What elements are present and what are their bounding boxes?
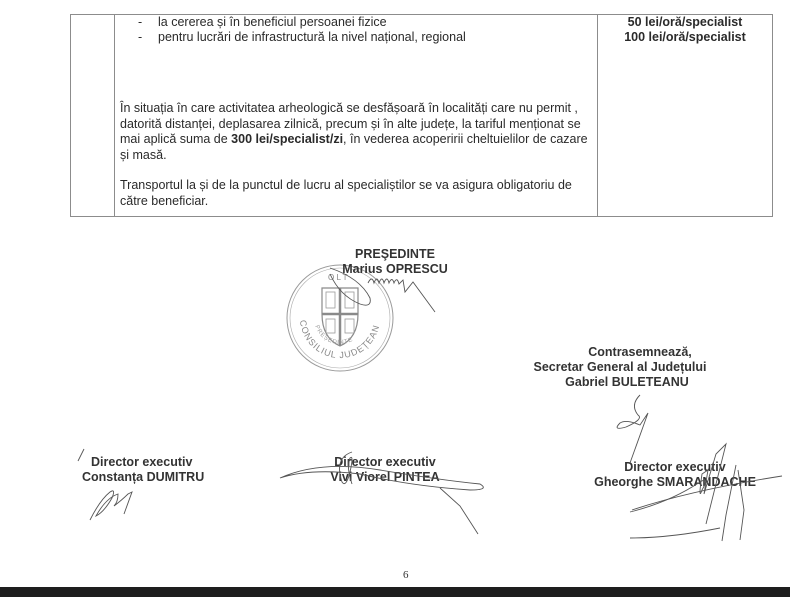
president-title: PREŞEDINTE — [330, 247, 460, 262]
countersign-name: Gabriel BULETEANU — [500, 375, 740, 390]
director-name: Gheorghe SMARANDACHE — [570, 475, 780, 490]
rate-value: 100 lei/oră/specialist — [598, 30, 772, 45]
fee-table: la cererea și în beneficiul persoanei fi… — [70, 14, 773, 217]
president-name: Marius OPRESCU — [330, 262, 460, 277]
director-title: Director executiv — [570, 460, 780, 475]
fee-bullet-list: la cererea și în beneficiul persoanei fi… — [138, 15, 466, 45]
director-title: Director executiv — [82, 455, 232, 470]
director-title: Director executiv — [305, 455, 465, 470]
table-description-column: la cererea și în beneficiul persoanei fi… — [114, 15, 598, 216]
director-name: Vivi Viorel PINTEA — [305, 470, 465, 485]
transport-paragraph: Transportul la și de la punctul de lucru… — [120, 178, 590, 209]
director-block-3: Director executiv Gheorghe SMARANDACHE — [570, 460, 780, 490]
director-block-2: Director executiv Vivi Viorel PINTEA — [305, 455, 465, 485]
table-left-column — [71, 15, 115, 216]
director-name: Constanța DUMITRU — [82, 470, 232, 485]
president-block: PREŞEDINTE Marius OPRESCU — [330, 247, 460, 277]
countersign-block: Contrasemnează, Secretar General al Jude… — [500, 345, 740, 390]
rates-list: 50 lei/oră/specialist 100 lei/oră/specia… — [598, 15, 772, 45]
countersign-label: Contrasemnează, — [500, 345, 740, 360]
accommodation-paragraph: În situația în care activitatea arheolog… — [120, 101, 590, 163]
daily-rate-highlight: 300 lei/specialist/zi — [231, 132, 343, 146]
director-block-1: Director executiv Constanța DUMITRU — [82, 455, 232, 485]
viewer-bottom-bar — [0, 587, 790, 597]
document-page: la cererea și în beneficiul persoanei fi… — [0, 0, 790, 587]
page-number: 6 — [403, 569, 409, 581]
official-stamp-icon: O L T CONSILIUL JUDEȚEAN PREȘEDINTE — [284, 262, 396, 374]
bullet-item: pentru lucrări de infrastructură la nive… — [138, 30, 466, 45]
table-rates-column: 50 lei/oră/specialist 100 lei/oră/specia… — [598, 15, 772, 216]
countersign-role: Secretar General al Județului — [500, 360, 740, 375]
rate-value: 50 lei/oră/specialist — [598, 15, 772, 30]
bullet-item: la cererea și în beneficiul persoanei fi… — [138, 15, 466, 30]
